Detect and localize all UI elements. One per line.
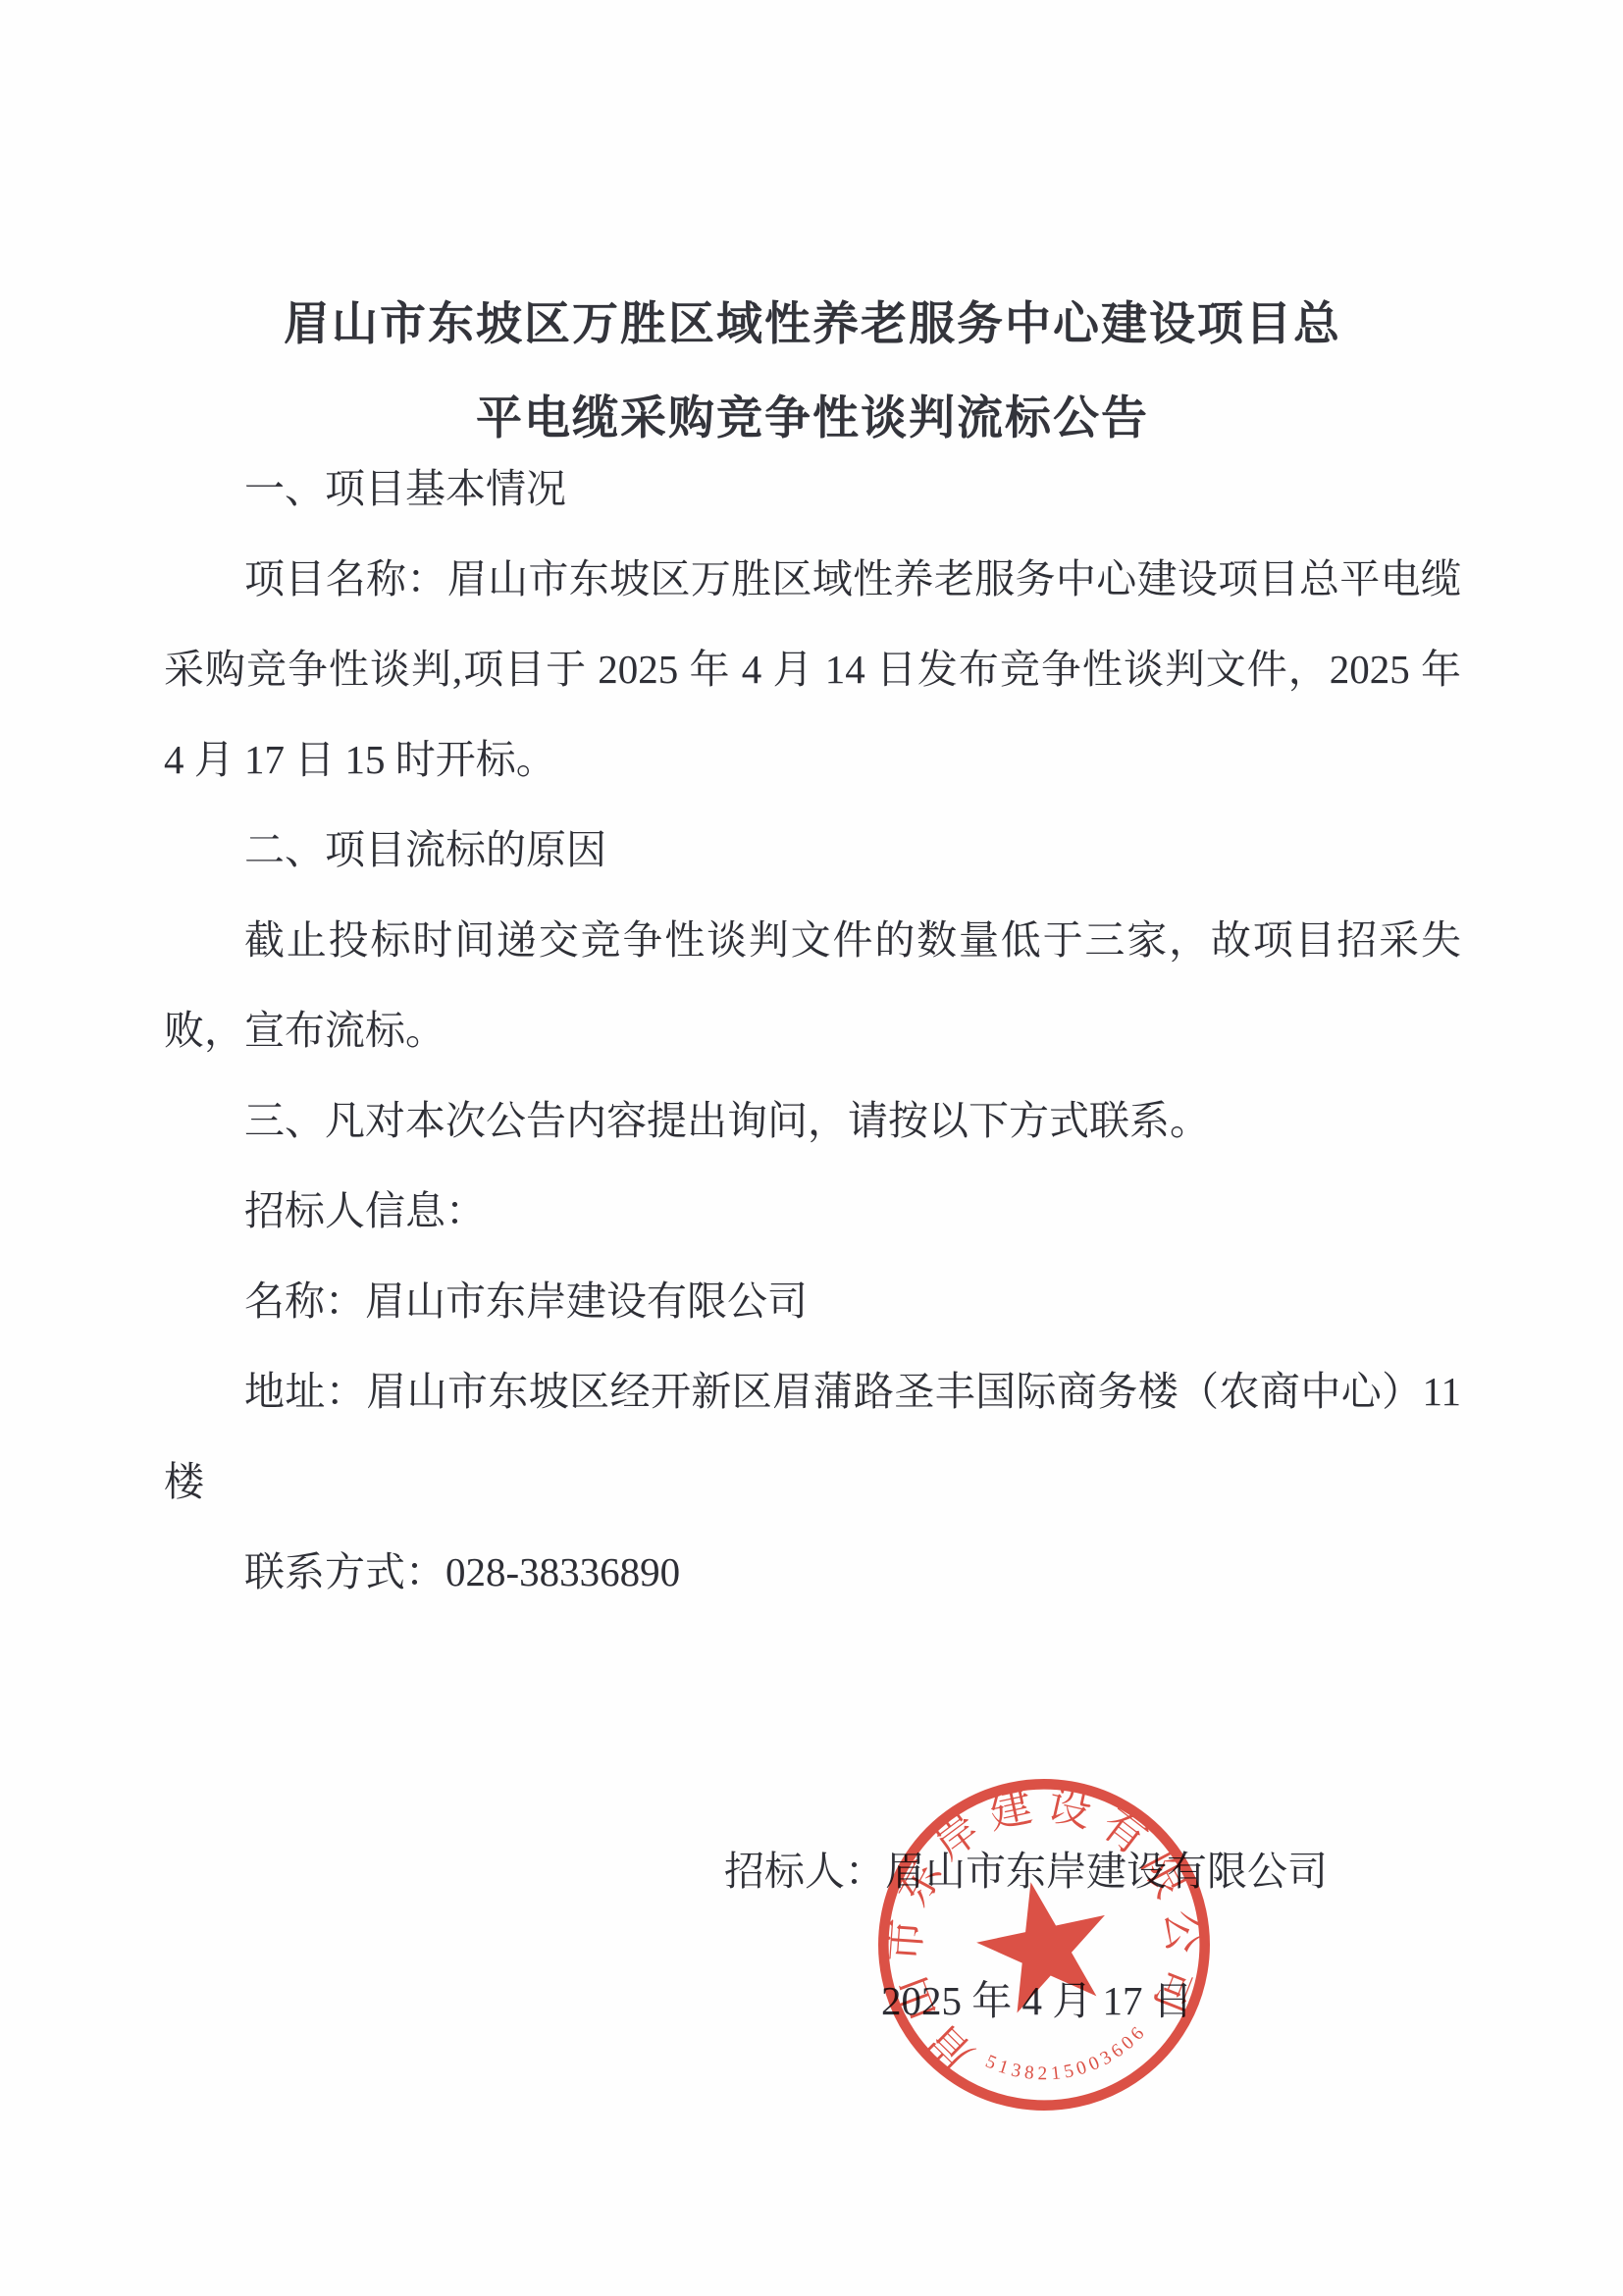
document-body: 一、项目基本情况 项目名称：眉山市东坡区万胜区域性养老服务中心建设项目总平电缆采… xyxy=(164,444,1461,1617)
project-info-paragraph: 项目名称：眉山市东坡区万胜区域性养老服务中心建设项目总平电缆采购竞争性谈判,项目… xyxy=(164,534,1461,805)
bidder-name: 名称：眉山市东岸建设有限公司 xyxy=(164,1256,1461,1346)
failure-reason-paragraph: 截止投标时间递交竞争性谈判文件的数量低于三家，故项目招采失败，宣布流标。 xyxy=(164,895,1461,1075)
signature-date: 2025 年 4 月 17 日 xyxy=(881,1976,1193,2025)
section-1-heading: 一、项目基本情况 xyxy=(164,444,1461,534)
document-title: 眉山市东坡区万胜区域性养老服务中心建设项目总 平电缆采购竞争性谈判流标公告 xyxy=(164,277,1461,465)
bidder-info-label: 招标人信息： xyxy=(164,1166,1461,1256)
seal-outer-ring xyxy=(871,1772,1217,2117)
company-seal: 眉山市东岸建设有限公司 5138215003606 xyxy=(871,1772,1217,2117)
document-title-line1: 眉山市东坡区万胜区域性养老服务中心建设项目总 xyxy=(164,277,1461,371)
section-3-heading: 三、凡对本次公告内容提出询问，请按以下方式联系。 xyxy=(164,1075,1461,1166)
announcement-page: 眉山市东坡区万胜区域性养老服务中心建设项目总 平电缆采购竞争性谈判流标公告 一、… xyxy=(0,0,1623,2296)
section-2-heading: 二、项目流标的原因 xyxy=(164,805,1461,895)
bidder-contact: 联系方式：028-38336890 xyxy=(164,1527,1461,1617)
signature-issuer: 招标人：眉山市东岸建设有限公司 xyxy=(724,1847,1328,1896)
seal-company-arc-text: 眉山市东岸建设有限公司 xyxy=(871,1772,1217,2089)
seal-number-arc-text: 5138215003606 xyxy=(979,2017,1158,2099)
bidder-address: 地址：眉山市东坡区经开新区眉蒲路圣丰国际商务楼（农商中心）11 楼 xyxy=(164,1346,1461,1527)
